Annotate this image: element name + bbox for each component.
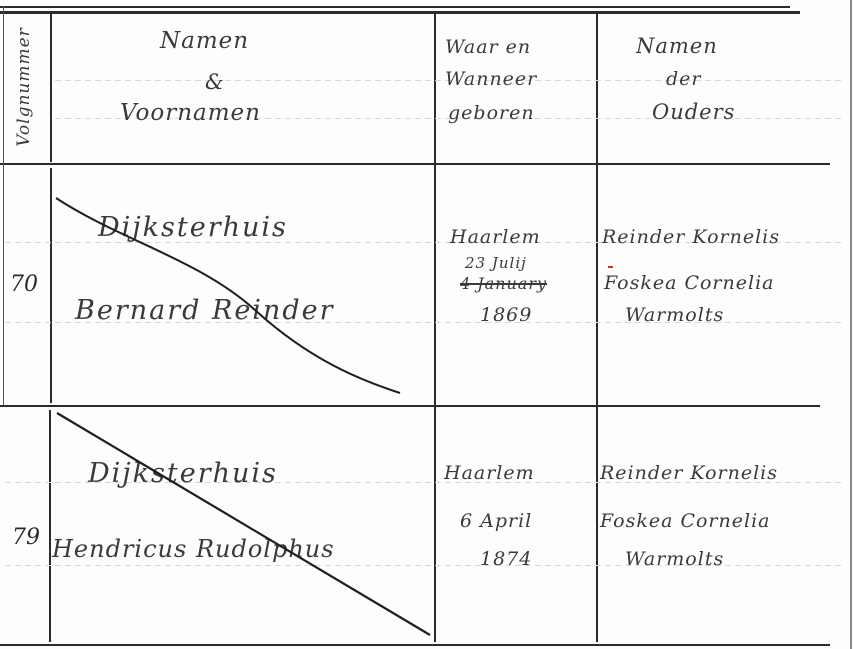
entry-birth-date-corrected: 23 Julij <box>465 254 527 272</box>
header-volgnummer-label: Volgnummer <box>14 27 34 147</box>
entry-birth-year: 1874 <box>480 548 532 570</box>
col-divider-1 <box>49 410 51 642</box>
header-bottom-rule <box>0 163 830 165</box>
entry-birth-date-struck: 4 January <box>460 274 547 293</box>
entry-birth-place: Haarlem <box>450 226 541 248</box>
entry-birth-date: 6 April <box>460 510 532 532</box>
entry-mother-line2: Warmolts <box>625 304 724 326</box>
entry-number: 70 <box>10 272 38 297</box>
entry-number: 79 <box>12 525 40 550</box>
header-geboren-line3: geboren <box>448 102 535 124</box>
top-rule-2 <box>0 11 800 14</box>
entry-father: Reinder Kornelis <box>600 462 778 484</box>
entry-surname: Dijksterhuis <box>98 212 288 243</box>
page-edge <box>850 0 852 649</box>
header-namen-line3: Voornamen <box>120 100 261 126</box>
register-page: Volgnummer Namen & Voornamen Waar en Wan… <box>0 0 854 649</box>
col-divider-2 <box>434 12 436 642</box>
col-divider-3 <box>596 12 598 642</box>
entry-father: Reinder Kornelis <box>602 226 780 248</box>
header-ouders-line3: Ouders <box>652 100 735 124</box>
top-rule-1 <box>0 6 790 8</box>
header-ouders-line2: der <box>666 68 702 90</box>
row-79-bottom-rule <box>0 644 830 646</box>
header-ouders-line1: Namen <box>636 34 718 58</box>
col-divider-1 <box>50 12 52 162</box>
entry-given-names: Hendricus Rudolphus <box>52 535 335 563</box>
header-geboren-line2: Wanneer <box>445 68 537 90</box>
entry-birth-year: 1869 <box>480 304 532 326</box>
header-namen-line2: & <box>205 70 225 94</box>
col-divider-1 <box>50 168 52 403</box>
entry-surname: Dijksterhuis <box>88 458 278 489</box>
entry-given-names: Bernard Reinder <box>75 295 335 326</box>
header-namen-line1: Namen <box>160 28 249 54</box>
header-geboren-line1: Waar en <box>445 36 531 58</box>
entry-birth-place: Haarlem <box>444 462 535 484</box>
entry-79-cancel-line <box>57 413 430 635</box>
left-border <box>3 6 4 406</box>
row-70-bottom-rule <box>0 405 820 407</box>
entry-mother-line1: Foskea Cornelia <box>600 510 770 532</box>
header-volgnummer: Volgnummer <box>6 12 42 162</box>
entry-mother-line1: Foskea Cornelia <box>604 272 774 294</box>
entry-mother-line2: Warmolts <box>625 548 724 570</box>
ink-mark <box>608 266 613 268</box>
